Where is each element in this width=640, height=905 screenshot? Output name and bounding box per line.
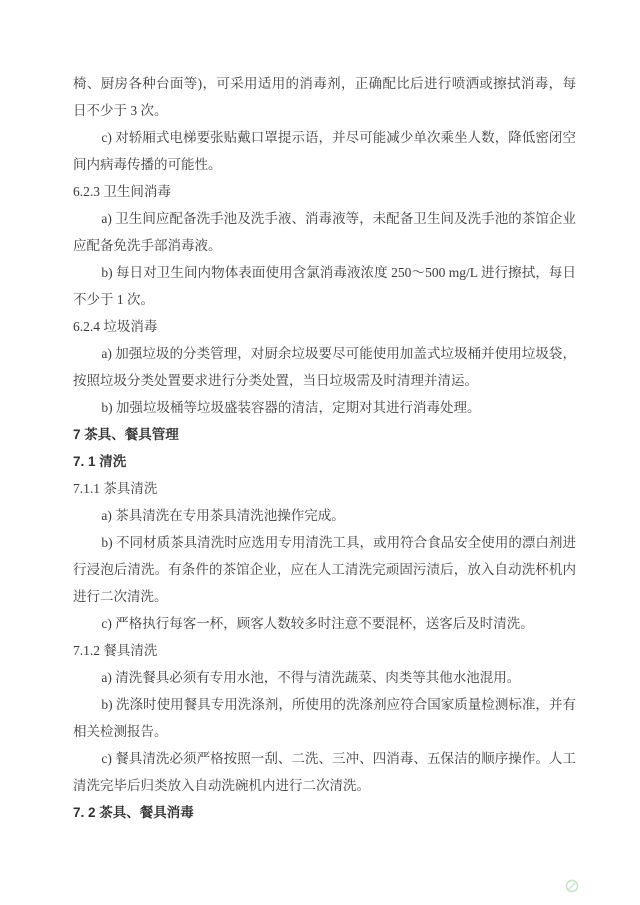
subsection-heading: 7.1.1 茶具清洗 (73, 475, 576, 502)
body-paragraph: a) 卫生间应配备洗手池及洗手液、消毒液等，未配备卫生间及洗手池的茶馆企业应配备… (73, 205, 576, 259)
section-heading: 7. 2 茶具、餐具消毒 (73, 799, 576, 826)
body-paragraph: c) 严格执行每客一杯，顾客人数较多时注意不要混杯，送客后及时清洗。 (73, 610, 576, 637)
body-paragraph: a) 清洗餐具必须有专用水池，不得与清洗蔬菜、肉类等其他水池混用。 (73, 664, 576, 691)
document-body: 椅、厨房各种台面等)，可采用适用的消毒剂，正确配比后进行喷洒或擦拭消毒，每日不少… (73, 70, 576, 826)
body-paragraph: b) 不同材质茶具清洗时应选用专用清洗工具，或用符合食品安全使用的漂白剂进行浸泡… (73, 529, 576, 610)
subsection-heading: 6.2.3 卫生间消毒 (73, 178, 576, 205)
body-paragraph: b) 洗涤时使用餐具专用洗涤剂，所使用的洗涤剂应符合国家质量检测标准，并有相关检… (73, 691, 576, 745)
section-heading: 7. 1 清洗 (73, 448, 576, 475)
sync-circle-icon[interactable] (564, 878, 580, 894)
subsection-heading: 7.1.2 餐具清洗 (73, 637, 576, 664)
body-paragraph: c) 餐具清洗必须严格按照一刮、二洗、三冲、四消毒、五保洁的顺序操作。人工清洗完… (73, 745, 576, 799)
section-heading: 7 茶具、餐具管理 (73, 421, 576, 448)
body-paragraph: c) 对轿厢式电梯要张贴戴口罩提示语，并尽可能减少单次乘坐人数，降低密闭空间内病… (73, 124, 576, 178)
body-paragraph: b) 每日对卫生间内物体表面使用含氯消毒液浓度 250～500 mg/L 进行擦… (73, 259, 576, 313)
body-paragraph: b) 加强垃圾桶等垃圾盛装容器的清洁，定期对其进行消毒处理。 (73, 394, 576, 421)
document-page: 椅、厨房各种台面等)，可采用适用的消毒剂，正确配比后进行喷洒或擦拭消毒，每日不少… (0, 0, 640, 905)
subsection-heading: 6.2.4 垃圾消毒 (73, 313, 576, 340)
body-paragraph: 椅、厨房各种台面等)，可采用适用的消毒剂，正确配比后进行喷洒或擦拭消毒，每日不少… (73, 70, 576, 124)
body-paragraph: a) 加强垃圾的分类管理，对厨余垃圾要尽可能使用加盖式垃圾桶并使用垃圾袋，按照垃… (73, 340, 576, 394)
body-paragraph: a) 茶具清洗在专用茶具清洗池操作完成。 (73, 502, 576, 529)
